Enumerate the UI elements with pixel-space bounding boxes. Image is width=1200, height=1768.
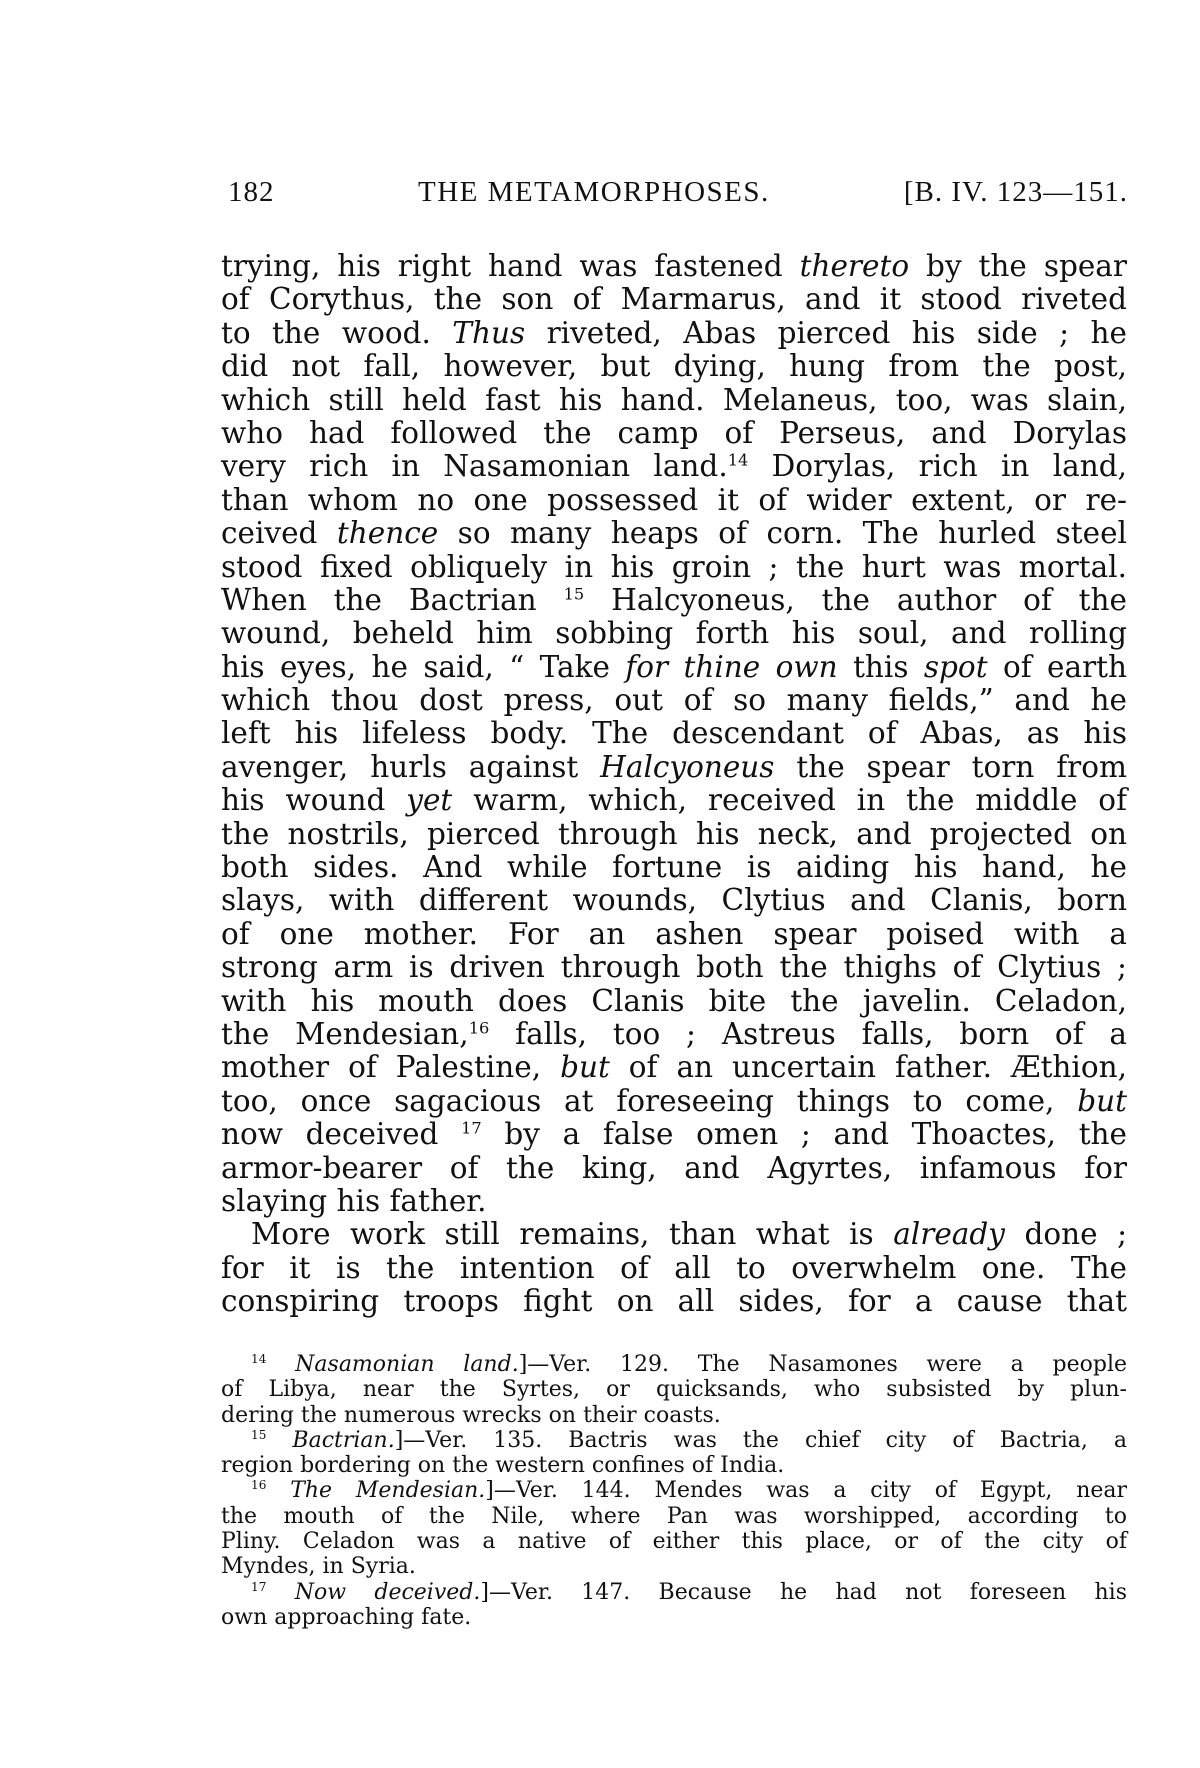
- text-line: conspiring troops fight on all sides, fo…: [221, 1285, 1127, 1318]
- footnote-line: own approaching fate.: [221, 1605, 1127, 1630]
- text-line: too, once sagacious at foreseeing things…: [221, 1085, 1127, 1118]
- text-line: the Mendesian,16 falls, too ; Astreus fa…: [221, 1018, 1127, 1051]
- text-line: than whom no one possessed it of wider e…: [221, 484, 1127, 517]
- footnote-line: region bordering on the western confines…: [221, 1453, 1127, 1478]
- text-line: slaying his father.: [221, 1185, 1127, 1218]
- text-line: strong arm is driven through both the th…: [221, 951, 1127, 984]
- footnote-line: 17 Now deceived.]—Ver. 147. Because he h…: [221, 1580, 1127, 1605]
- footnote-line: the mouth of the Nile, where Pan was wor…: [221, 1504, 1127, 1529]
- footnote-line: of Libya, near the Syrtes, or quicksands…: [221, 1377, 1127, 1402]
- text-line: now deceived 17 by a false omen ; and Th…: [221, 1118, 1127, 1151]
- text-line: with his mouth does Clanis bite the jave…: [221, 985, 1127, 1018]
- footnote-line: Myndes, in Syria.: [221, 1554, 1127, 1579]
- text-line: very rich in Nasamonian land.14 Dorylas,…: [221, 450, 1127, 483]
- text-line: his wound yet warm, which, received in t…: [221, 784, 1127, 817]
- text-line: left his lifeless body. The descendant o…: [221, 717, 1127, 750]
- book-page: 182 THE METAMORPHOSES. [B. IV. 123—151. …: [0, 0, 1200, 1768]
- text-line: wound, beheld him sobbing forth his soul…: [221, 617, 1127, 650]
- text-line: the nostrils, pierced through his neck, …: [221, 818, 1127, 851]
- text-line: both sides. And while fortune is aiding …: [221, 851, 1127, 884]
- text-line: More work still remains, than what is al…: [221, 1218, 1127, 1251]
- verse-range: [B. IV. 123—151.: [904, 176, 1128, 209]
- text-line: ceived thence so many heaps of corn. The…: [221, 517, 1127, 550]
- text-line: which thou dost press, out of so many fi…: [221, 684, 1127, 717]
- text-line: to the wood. Thus riveted, Abas pierced …: [221, 317, 1127, 350]
- footnote-line: dering the numerous wrecks on their coas…: [221, 1403, 1127, 1428]
- text-line: of Corythus, the son of Marmarus, and it…: [221, 283, 1127, 316]
- running-header: 182 THE METAMORPHOSES. [B. IV. 123—151.: [222, 176, 1128, 210]
- text-line: stood fixed obliquely in his groin ; the…: [221, 551, 1127, 584]
- text-line: When the Bactrian 15 Halcyoneus, the aut…: [221, 584, 1127, 617]
- main-text: trying, his right hand was fastened ther…: [221, 250, 1127, 1319]
- page-number: 182: [228, 176, 275, 209]
- text-line: his eyes, he said, “ Take for thine own …: [221, 651, 1127, 684]
- footnote-line: 14 Nasamonian land.]—Ver. 129. The Nasam…: [221, 1352, 1127, 1377]
- footnotes: 14 Nasamonian land.]—Ver. 129. The Nasam…: [221, 1352, 1127, 1630]
- text-line: avenger, hurls against Halcyoneus the sp…: [221, 751, 1127, 784]
- text-line: slays, with different wounds, Clytius an…: [221, 884, 1127, 917]
- footnote-line: Pliny. Celadon was a native of either th…: [221, 1529, 1127, 1554]
- text-line: trying, his right hand was fastened ther…: [221, 250, 1127, 283]
- text-line: who had followed the camp of Perseus, an…: [221, 417, 1127, 450]
- text-line: mother of Palestine, but of an uncertain…: [221, 1051, 1127, 1084]
- footnote-line: 16 The Mendesian.]—Ver. 144. Mendes was …: [221, 1478, 1127, 1503]
- text-line: for it is the intention of all to overwh…: [221, 1252, 1127, 1285]
- text-line: did not fall, however, but dying, hung f…: [221, 350, 1127, 383]
- text-line: of one mother. For an ashen spear poised…: [221, 918, 1127, 951]
- book-title: THE METAMORPHOSES.: [418, 176, 770, 209]
- footnote-line: 15 Bactrian.]—Ver. 135. Bactris was the …: [221, 1428, 1127, 1453]
- text-line: armor-bearer of the king, and Agyrtes, i…: [221, 1152, 1127, 1185]
- text-line: which still held fast his hand. Melaneus…: [221, 384, 1127, 417]
